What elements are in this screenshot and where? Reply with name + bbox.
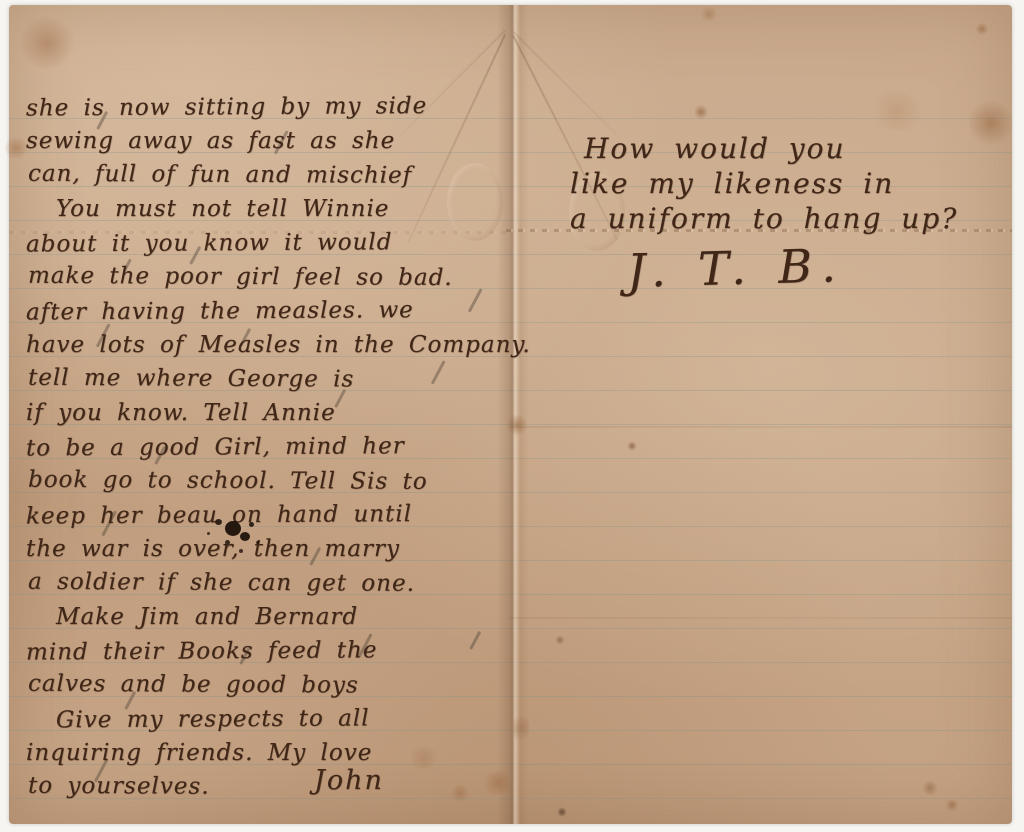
stain	[627, 441, 637, 451]
signature-john: John	[314, 765, 384, 796]
handwritten-line: mind their Books feed the	[26, 633, 510, 670]
handwritten-line: tell me where George is	[28, 361, 512, 398]
handwritten-line: the war is over, then marry	[26, 532, 510, 566]
stain	[17, 17, 77, 69]
stain	[921, 781, 939, 795]
handwritten-line: make the poor girl feel so bad.	[28, 259, 512, 296]
horizontal-fold-crease	[509, 426, 1012, 428]
handwritten-line: book go to school. Tell Sis to	[28, 463, 512, 500]
handwritten-line: calves and be good boys	[28, 667, 512, 704]
handwritten-line: can, full of fun and mischief	[28, 157, 512, 194]
stain	[975, 23, 989, 35]
handwritten-line: keep her beau on hand until	[26, 497, 510, 534]
handwritten-line: if you know. Tell Annie	[26, 396, 510, 430]
handwritten-line: like my likeness in	[570, 166, 1000, 201]
handwritten-line: sewing away as fast as she	[26, 124, 510, 158]
left-page-text: she is now sitting by my sidesewing away…	[26, 90, 510, 804]
letter-scan: she is now sitting by my sidesewing away…	[0, 0, 1024, 832]
right-page-text: How would youlike my likeness ina unifor…	[570, 131, 1000, 236]
handwritten-line: How would you	[570, 131, 1000, 166]
handwritten-line: a uniform to hang up?	[570, 201, 1000, 236]
handwritten-line: to yourselves.	[28, 769, 512, 806]
stain	[555, 635, 565, 645]
handwritten-line: after having the measles. we	[26, 293, 510, 330]
handwritten-line: You must not tell Winnie	[26, 192, 510, 226]
letter-paper: she is now sitting by my sidesewing away…	[9, 5, 1012, 824]
handwritten-line: to be a good Girl, mind her	[26, 429, 510, 466]
stain	[945, 799, 959, 811]
stain	[699, 7, 719, 21]
handwritten-line: a soldier if she can get one.	[28, 565, 512, 602]
stain	[693, 105, 709, 119]
handwritten-line: inquiring friends. My love	[26, 736, 510, 770]
handwritten-line: Give my respects to all	[26, 701, 510, 738]
horizontal-fold-crease	[509, 617, 1012, 619]
stain	[557, 807, 567, 817]
stain	[869, 91, 925, 131]
signature-jtb: J. T. B.	[626, 238, 845, 298]
handwritten-line: about it you know it would	[26, 225, 510, 262]
handwritten-line: she is now sitting by my side	[26, 89, 510, 126]
handwritten-line: have lots of Measles in the Company.	[26, 328, 510, 362]
handwritten-line: Make Jim and Bernard	[26, 600, 510, 634]
